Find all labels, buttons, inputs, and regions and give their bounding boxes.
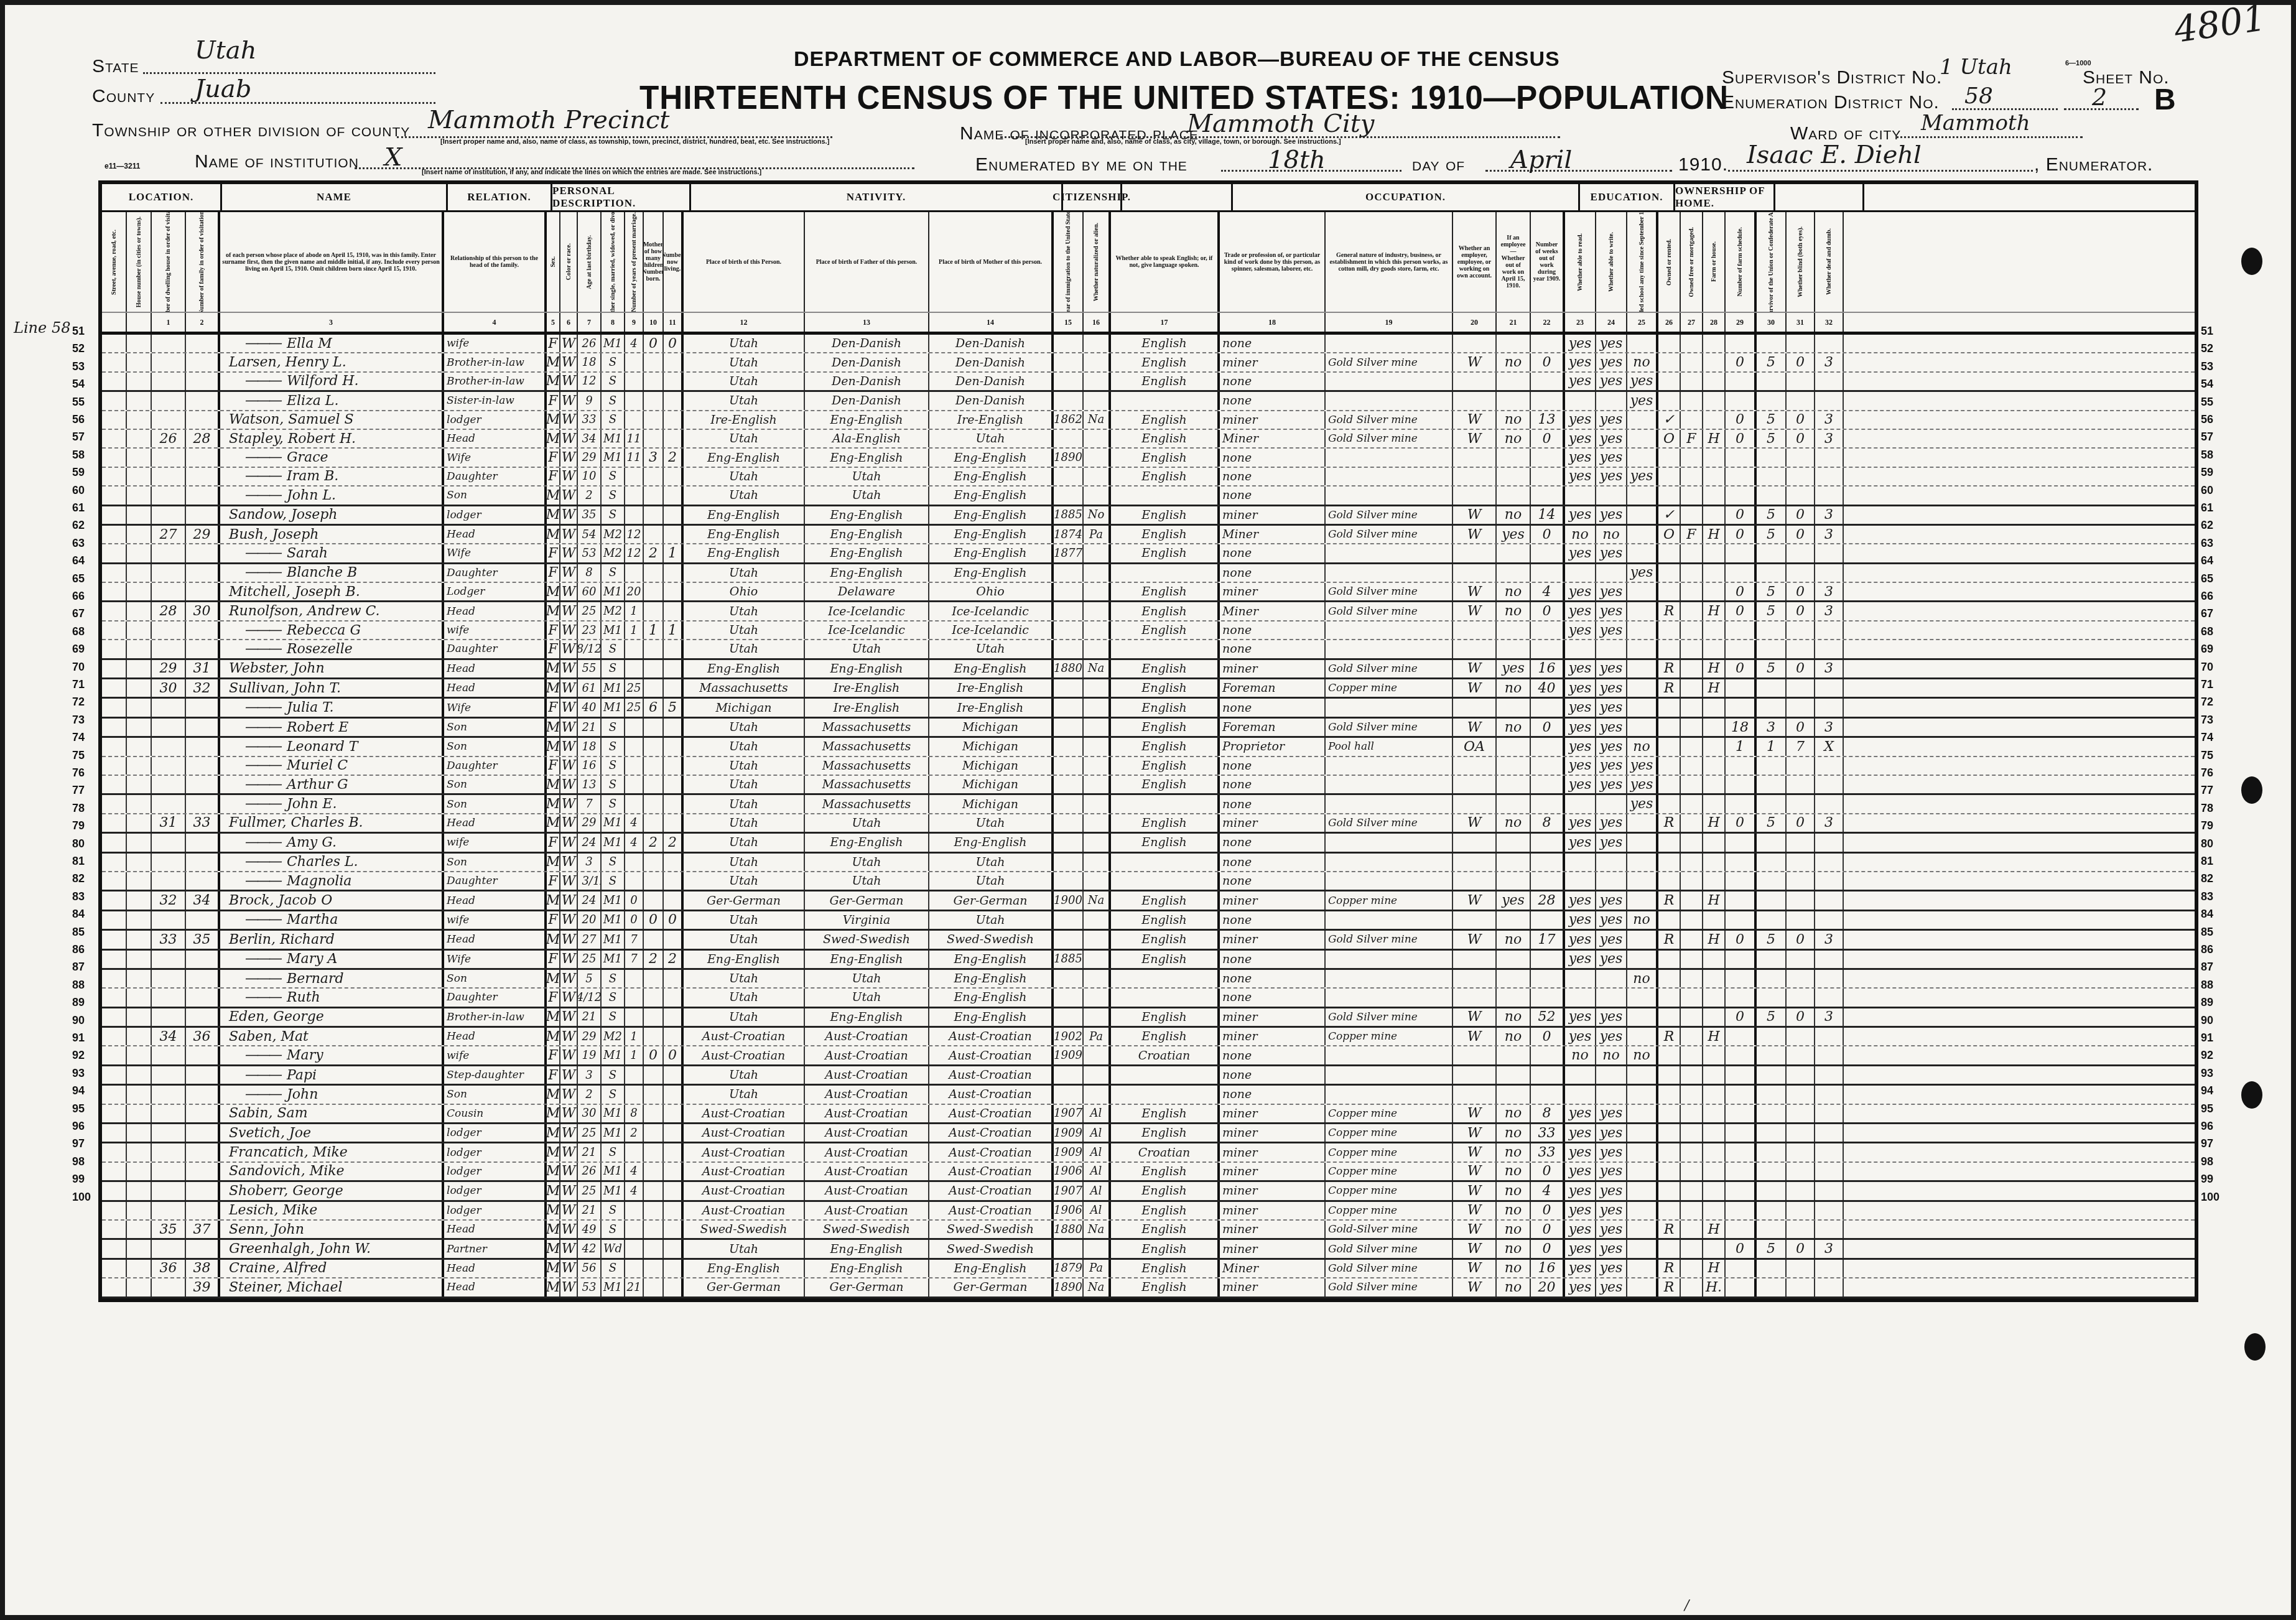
table-row: 3234Brock, Jacob OHeadMW24M10Ger-GermanG… — [102, 891, 2195, 911]
cell-c30: 5 — [1757, 526, 1787, 543]
cell-c31 — [1787, 911, 1815, 929]
cell-pob: Utah — [684, 564, 805, 582]
cell-rel: Head — [444, 814, 547, 832]
cell-c29 — [1726, 911, 1757, 929]
cell-fpob: Swed-Swedish — [805, 931, 929, 948]
cell-own — [1658, 1105, 1681, 1122]
cell-street — [102, 526, 127, 543]
cell-wks — [1531, 468, 1565, 485]
cell-out — [1497, 486, 1531, 504]
column-header: Number of weeks out of work during year … — [1531, 212, 1565, 312]
footer-mark: / — [1685, 1598, 1689, 1613]
cell-pob: Utah — [684, 834, 805, 851]
cell-ind — [1326, 640, 1453, 658]
cell-fpob: Eng-English — [805, 526, 929, 543]
line-number: 67 — [2201, 607, 2213, 620]
cell-c29 — [1726, 854, 1757, 871]
cell-wks: 0 — [1531, 1240, 1565, 1257]
cell-lang: English — [1111, 660, 1220, 677]
cell-sch — [1627, 989, 1658, 1006]
column-number: 22 — [1531, 313, 1565, 332]
cell-c32 — [1815, 795, 1844, 812]
cell-house — [127, 449, 152, 466]
ditto-mark — [245, 912, 287, 928]
cell-born — [644, 430, 664, 447]
cell-dw — [152, 449, 186, 466]
cell-fpob: Ger-German — [805, 891, 929, 909]
cell-c31 — [1787, 1086, 1815, 1103]
cell-read: yes — [1565, 353, 1596, 371]
cell-imm: 1909 — [1054, 1124, 1084, 1142]
table-row: Wilford H.Brother-in-lawMW12SUtahDen-Dan… — [102, 373, 2195, 392]
table-row: MarthawifeFW20M1000UtahVirginiaUtahEngli… — [102, 911, 2195, 931]
cell-house — [127, 891, 152, 909]
cell-fam — [186, 1105, 220, 1122]
cell-street — [102, 891, 127, 909]
cell-nat: Al — [1084, 1105, 1111, 1122]
cell-sex: F — [547, 468, 560, 485]
cell-c29 — [1726, 776, 1757, 793]
cell-wks: 20 — [1531, 1278, 1565, 1296]
cell-yrs — [625, 506, 644, 524]
cell-yrs: 1 — [625, 621, 644, 639]
cell-own — [1658, 757, 1681, 775]
cell-rel: wife — [444, 911, 547, 929]
cell-c29 — [1726, 757, 1757, 775]
cell-imm — [1054, 373, 1084, 390]
cell-ind — [1326, 854, 1453, 871]
cell-age: 24 — [578, 891, 602, 909]
cell-ms: S — [602, 757, 625, 775]
cell-read: yes — [1565, 834, 1596, 851]
person-name: Ella M — [287, 336, 332, 351]
cell-mpob: Aust-Croatian — [929, 1202, 1054, 1219]
cell-own — [1658, 468, 1681, 485]
line-number: 63 — [2201, 537, 2213, 550]
cell-fpob: Eng-English — [805, 1008, 929, 1026]
cell-house — [127, 411, 152, 429]
cell-emp: W — [1453, 1163, 1497, 1180]
cell-fh — [1703, 373, 1726, 390]
cell-house — [127, 640, 152, 658]
cell-c29 — [1726, 1202, 1757, 1219]
cell-house — [127, 911, 152, 929]
cell-nat — [1084, 911, 1111, 929]
cell-rel: Daughter — [444, 564, 547, 582]
cell-fh — [1703, 757, 1726, 775]
ditto-mark — [245, 623, 287, 638]
line-number-left: 81 — [72, 855, 85, 868]
cell-sex: M — [547, 814, 560, 832]
line-number-left: 87 — [72, 961, 85, 974]
cell-own: R — [1658, 679, 1681, 697]
cell-pob: Aust-Croatian — [684, 1124, 805, 1142]
cell-fam: 38 — [186, 1260, 220, 1277]
line-number-left: 89 — [72, 996, 85, 1009]
cell-c32 — [1815, 1143, 1844, 1161]
cell-c31 — [1787, 970, 1815, 987]
cell-nat: Pa — [1084, 526, 1111, 543]
cell-pob: Utah — [684, 757, 805, 775]
person-name: Steiner, Michael — [229, 1280, 342, 1295]
cell-wks — [1531, 970, 1565, 987]
cell-own: R — [1658, 1260, 1681, 1277]
cell-yrs: 0 — [625, 911, 644, 929]
cell-ms: M1 — [602, 679, 625, 697]
line-number-left: 69 — [72, 643, 85, 656]
cell-born — [644, 1278, 664, 1296]
cell-dw — [152, 335, 186, 352]
cell-mpob: Eng-English — [929, 449, 1054, 466]
cell-c31 — [1787, 335, 1815, 352]
line-number-left: 54 — [72, 378, 85, 391]
cell-c30: 5 — [1757, 506, 1787, 524]
cell-free — [1681, 1163, 1703, 1180]
cell-living: 1 — [664, 621, 684, 639]
cell-name: Sandow, Joseph — [220, 506, 444, 524]
cell-c30 — [1757, 951, 1787, 968]
cell-read: yes — [1565, 602, 1596, 620]
cell-rel: Wife — [444, 951, 547, 968]
cell-mpob: Eng-English — [929, 834, 1054, 851]
cell-house — [127, 1028, 152, 1045]
cell-rel: Daughter — [444, 757, 547, 775]
cell-read: yes — [1565, 699, 1596, 716]
line-number: 57 — [2201, 431, 2213, 444]
cell-free — [1681, 970, 1703, 987]
cell-race: W — [560, 699, 578, 716]
cell-age: 10 — [578, 468, 602, 485]
cell-c29 — [1726, 795, 1757, 812]
cell-read: yes — [1565, 468, 1596, 485]
cell-c32 — [1815, 1202, 1844, 1219]
cell-free — [1681, 468, 1703, 485]
column-number: 10 — [644, 313, 664, 332]
cell-c30 — [1757, 640, 1787, 658]
cell-fpob: Aust-Croatian — [805, 1182, 929, 1199]
cell-ind: Gold-Silver mine — [1326, 1221, 1453, 1238]
cell-born: 1 — [644, 621, 664, 639]
cell-house — [127, 1163, 152, 1180]
cell-ind — [1326, 564, 1453, 582]
cell-house — [127, 583, 152, 600]
cell-yrs — [625, 1221, 644, 1238]
cell-emp: W — [1453, 679, 1497, 697]
cell-c32 — [1815, 1278, 1844, 1296]
cell-sex: F — [547, 392, 560, 409]
cell-lang — [1111, 392, 1220, 409]
line-number: 87 — [2201, 961, 2213, 974]
line-number: 68 — [2201, 625, 2213, 638]
cell-yrs: 4 — [625, 1163, 644, 1180]
line-number-left: 93 — [72, 1067, 85, 1080]
cell-write — [1596, 486, 1627, 504]
cell-race: W — [560, 468, 578, 485]
cell-wks: 0 — [1531, 526, 1565, 543]
cell-street — [102, 449, 127, 466]
cell-lang: English — [1111, 353, 1220, 371]
cell-imm — [1054, 738, 1084, 755]
cell-c32 — [1815, 776, 1844, 793]
cell-read: yes — [1565, 1124, 1596, 1142]
cell-c31: 0 — [1787, 526, 1815, 543]
cell-pob: Aust-Croatian — [684, 1105, 805, 1122]
cell-pob: Utah — [684, 854, 805, 871]
cell-wks: 0 — [1531, 1028, 1565, 1045]
cell-free — [1681, 583, 1703, 600]
cell-dw: 33 — [152, 931, 186, 948]
cell-fh — [1703, 1240, 1726, 1257]
cell-c29 — [1726, 970, 1757, 987]
line-number-left: 99 — [72, 1173, 85, 1186]
cell-nat: Na — [1084, 891, 1111, 909]
cell-yrs — [625, 640, 644, 658]
line-number: 89 — [2201, 996, 2213, 1009]
cell-yrs — [625, 392, 644, 409]
cell-nat — [1084, 951, 1111, 968]
cell-sex: F — [547, 989, 560, 1006]
cell-rel: Head — [444, 602, 547, 620]
cell-house — [127, 602, 152, 620]
cell-living — [664, 1278, 684, 1296]
cell-dw — [152, 544, 186, 562]
cell-imm — [1054, 583, 1084, 600]
line-number: 85 — [2201, 926, 2213, 939]
cell-lang: English — [1111, 1182, 1220, 1199]
cell-house — [127, 1240, 152, 1257]
table-row: MagnoliaDaughterFW1 3/12SUtahUtahUtahnon… — [102, 872, 2195, 891]
cell-lang — [1111, 854, 1220, 871]
cell-imm — [1054, 854, 1084, 871]
cell-pob: Utah — [684, 1008, 805, 1026]
cell-sex: M — [547, 679, 560, 697]
cell-name: Papi — [220, 1066, 444, 1084]
column-header-text: House number (in cities or towns). — [136, 216, 142, 307]
column-number: 9 — [625, 313, 644, 332]
cell-sch: no — [1627, 1046, 1658, 1064]
column-header: Mother of how many children. Number born… — [644, 212, 664, 312]
cell-wks — [1531, 872, 1565, 890]
cell-free — [1681, 951, 1703, 968]
cell-ind: Pool hall — [1326, 738, 1453, 755]
cell-c29 — [1726, 468, 1757, 485]
cell-born — [644, 795, 664, 812]
cell-yrs: 4 — [625, 1182, 644, 1199]
cell-ms: M1 — [602, 911, 625, 929]
cell-emp: W — [1453, 1182, 1497, 1199]
table-row: Robert ESonMW21SUtahMassachusettsMichiga… — [102, 719, 2195, 738]
cell-dw — [152, 989, 186, 1006]
person-name: Charles L. — [287, 854, 358, 870]
cell-dw — [152, 1008, 186, 1026]
cell-lang: English — [1111, 506, 1220, 524]
cell-own: R — [1658, 814, 1681, 832]
cell-emp: OA — [1453, 738, 1497, 755]
cell-c30 — [1757, 621, 1787, 639]
cell-ms: S — [602, 353, 625, 371]
line-number-left: 97 — [72, 1137, 85, 1150]
cell-imm: 1907 — [1054, 1182, 1084, 1199]
cell-fpob: Massachusetts — [805, 776, 929, 793]
column-header-row: Street, avenue, road, etc.House number (… — [102, 212, 2195, 313]
cell-mpob: Ice-Icelandic — [929, 602, 1054, 620]
cell-ms: M1 — [602, 814, 625, 832]
cell-c31 — [1787, 776, 1815, 793]
cell-yrs: 11 — [625, 449, 644, 466]
line-number: 66 — [2201, 590, 2213, 603]
cell-street — [102, 989, 127, 1006]
line-number: 84 — [2201, 908, 2213, 921]
cell-c29 — [1726, 872, 1757, 890]
cell-house — [127, 854, 152, 871]
table-row: Svetich, JoelodgerMW25M12Aust-CroatianAu… — [102, 1124, 2195, 1143]
cell-wks: 4 — [1531, 1182, 1565, 1199]
cell-c29: 0 — [1726, 931, 1757, 948]
cell-nat: Al — [1084, 1182, 1111, 1199]
cell-born: 0 — [644, 911, 664, 929]
cell-read: yes — [1565, 1278, 1596, 1296]
cell-out: no — [1497, 506, 1531, 524]
cell-fpob: Utah — [805, 814, 929, 832]
cell-living — [664, 1202, 684, 1219]
cell-sch — [1627, 544, 1658, 562]
cell-living — [664, 583, 684, 600]
cell-age: 54 — [578, 526, 602, 543]
cell-free — [1681, 834, 1703, 851]
column-header: House number (in cities or towns). — [127, 212, 152, 312]
cell-wks — [1531, 738, 1565, 755]
county-label: County — [92, 86, 155, 107]
cell-house — [127, 776, 152, 793]
cell-fh — [1703, 583, 1726, 600]
cell-c29: 0 — [1726, 814, 1757, 832]
column-header-text: Owned or rented. — [1666, 239, 1673, 286]
cell-pob: Utah — [684, 640, 805, 658]
cell-fh — [1703, 1066, 1726, 1084]
cell-dw — [152, 1240, 186, 1257]
cell-own — [1658, 911, 1681, 929]
cell-own — [1658, 564, 1681, 582]
cell-c31 — [1787, 989, 1815, 1006]
cell-yrs — [625, 564, 644, 582]
cell-wks: 4 — [1531, 583, 1565, 600]
table-row: Lesich, MikelodgerMW21SAust-CroatianAust… — [102, 1202, 2195, 1221]
cell-house — [127, 814, 152, 832]
cell-c32: 3 — [1815, 602, 1844, 620]
cell-mpob: Aust-Croatian — [929, 1143, 1054, 1161]
cell-age: 16 — [578, 757, 602, 775]
cell-lang: Croatian — [1111, 1143, 1220, 1161]
column-group-header: NAME — [222, 184, 448, 210]
cell-free — [1681, 719, 1703, 736]
cell-rel: lodger — [444, 1182, 547, 1199]
cell-c29: 0 — [1726, 411, 1757, 429]
cell-fh — [1703, 1046, 1726, 1064]
column-header-text: Whether naturalized or alien. — [1093, 223, 1100, 301]
cell-imm — [1054, 1008, 1084, 1026]
cell-sex: M — [547, 854, 560, 871]
cell-read: yes — [1565, 776, 1596, 793]
cell-born — [644, 1163, 664, 1180]
table-row: 3436Saben, MatHeadMW29M21Aust-CroatianAu… — [102, 1028, 2195, 1046]
cell-house — [127, 1260, 152, 1277]
cell-pob: Aust-Croatian — [684, 1028, 805, 1045]
cell-read: yes — [1565, 1028, 1596, 1045]
column-header-text: Whether blind (both eyes). — [1797, 226, 1804, 297]
cell-read: yes — [1565, 449, 1596, 466]
cell-age: 2 — [578, 1086, 602, 1103]
column-group-header: RELATION. — [448, 184, 552, 210]
punch-hole — [2241, 248, 2262, 275]
cell-street — [102, 1260, 127, 1277]
cell-living — [664, 1086, 684, 1103]
cell-race: W — [560, 891, 578, 909]
cell-dw — [152, 911, 186, 929]
cell-race: W — [560, 1278, 578, 1296]
cell-imm: 1880 — [1054, 660, 1084, 677]
cell-c31 — [1787, 679, 1815, 697]
cell-imm — [1054, 430, 1084, 447]
cell-trade: miner — [1220, 1240, 1326, 1257]
cell-c30: 5 — [1757, 1240, 1787, 1257]
cell-c32: 3 — [1815, 526, 1844, 543]
cell-age: 21 — [578, 1202, 602, 1219]
cell-ind: Gold Silver mine — [1326, 526, 1453, 543]
cell-lang: English — [1111, 679, 1220, 697]
cell-race: W — [560, 335, 578, 352]
cell-write: yes — [1596, 1105, 1627, 1122]
cell-ind: Copper mine — [1326, 1105, 1453, 1122]
cell-fpob: Ire-English — [805, 679, 929, 697]
cell-fh: H — [1703, 1028, 1726, 1045]
cell-c29 — [1726, 1086, 1757, 1103]
column-header-text: Number of years of present marriage. — [631, 212, 638, 312]
person-name: Bernard — [287, 971, 344, 987]
cell-imm — [1054, 1240, 1084, 1257]
cell-c30 — [1757, 776, 1787, 793]
cell-c32 — [1815, 468, 1844, 485]
cell-race: W — [560, 621, 578, 639]
year-label: 1910. — [1678, 154, 1728, 175]
cell-own — [1658, 699, 1681, 716]
cell-wks — [1531, 544, 1565, 562]
cell-trade: miner — [1220, 1143, 1326, 1161]
cell-ind — [1326, 872, 1453, 890]
cell-fh — [1703, 486, 1726, 504]
cell-age: 19 — [578, 1046, 602, 1064]
cell-imm: 1890 — [1054, 449, 1084, 466]
cell-pob: Eng-English — [684, 526, 805, 543]
line-number: 73 — [2201, 714, 2213, 727]
state-value: Utah — [195, 36, 256, 65]
cell-nat: Al — [1084, 1163, 1111, 1180]
cell-wks — [1531, 951, 1565, 968]
line-number: 93 — [2201, 1067, 2213, 1080]
cell-read: no — [1565, 1046, 1596, 1064]
cell-fam — [186, 834, 220, 851]
cell-name: Francatich, Mike — [220, 1143, 444, 1161]
cell-fpob: Ice-Icelandic — [805, 602, 929, 620]
column-header: Owned free or mortgaged. — [1681, 212, 1703, 312]
cell-rel: Head — [444, 526, 547, 543]
cell-ms: M1 — [602, 1182, 625, 1199]
cell-sex: F — [547, 699, 560, 716]
cell-dw: 34 — [152, 1028, 186, 1045]
cell-fam — [186, 1046, 220, 1064]
table-row: Watson, Samuel SlodgerMW33SIre-EnglishEn… — [102, 411, 2195, 430]
cell-ind: Copper mine — [1326, 1028, 1453, 1045]
cell-dw — [152, 506, 186, 524]
